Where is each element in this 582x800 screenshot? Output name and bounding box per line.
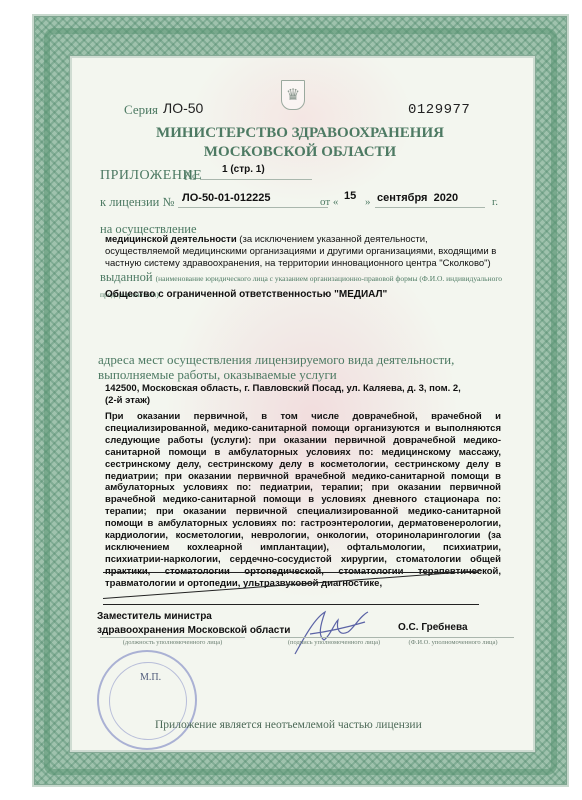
- series-value: ЛО-50: [163, 100, 203, 116]
- number-sign: №: [184, 168, 196, 184]
- divider-top: [103, 572, 479, 573]
- quote-close: »: [365, 196, 371, 208]
- series-label: Серия: [124, 102, 158, 118]
- caption-signature: (подпись уполномоченного лица): [270, 637, 398, 646]
- works-services-text: При оказании первичной, в том числе довр…: [105, 411, 501, 590]
- signatory-position: Заместитель министра здравоохранения Мос…: [97, 610, 290, 638]
- issued-word: выданной: [100, 270, 153, 284]
- divider-bottom: [103, 604, 479, 605]
- ministry-line-2: МОСКОВСКОЙ ОБЛАСТИ: [100, 143, 500, 162]
- signatory-name: О.С. Гребнева: [398, 622, 468, 633]
- caption-position: (должность уполномоченного лица): [100, 637, 245, 646]
- license-month-year: сентября 2020: [375, 192, 485, 208]
- official-stamp-icon: [97, 650, 197, 750]
- license-label: к лицензии №: [100, 195, 174, 210]
- coat-of-arms-icon: ♛: [281, 80, 305, 110]
- form-number: 0129977: [408, 102, 470, 118]
- signature-icon: [290, 606, 370, 656]
- position-line-2: здравоохранения Московской области: [97, 624, 290, 638]
- activity-bold: медицинской деятельности: [105, 234, 237, 245]
- appendix-value: 1 (стр. 1): [200, 164, 312, 180]
- license-number: ЛО-50-01-012225: [178, 192, 328, 208]
- ministry-line-1: МИНИСТЕРСТВО ЗДРАВООХРАНЕНИЯ: [100, 124, 500, 143]
- activity-description: медицинской деятельности (за исключением…: [105, 234, 505, 270]
- caption-name: (Ф.И.О. уполномоченного лица): [392, 637, 514, 646]
- address-value: 142500, Московская область, г. Павловски…: [105, 383, 465, 407]
- position-line-1: Заместитель министра: [97, 610, 290, 624]
- address-label: адреса мест осуществления лицензируемого…: [98, 352, 518, 382]
- stamp-label: М.П.: [140, 672, 161, 683]
- license-day: 15: [344, 190, 356, 202]
- organization-name: Общество с ограниченной ответственностью…: [105, 289, 387, 300]
- from-label: от «: [320, 196, 338, 208]
- year-suffix: г.: [492, 196, 498, 208]
- footer-note: Приложение является неотъемлемой частью …: [155, 719, 422, 731]
- ministry-title: МИНИСТЕРСТВО ЗДРАВООХРАНЕНИЯ МОСКОВСКОЙ …: [100, 124, 500, 162]
